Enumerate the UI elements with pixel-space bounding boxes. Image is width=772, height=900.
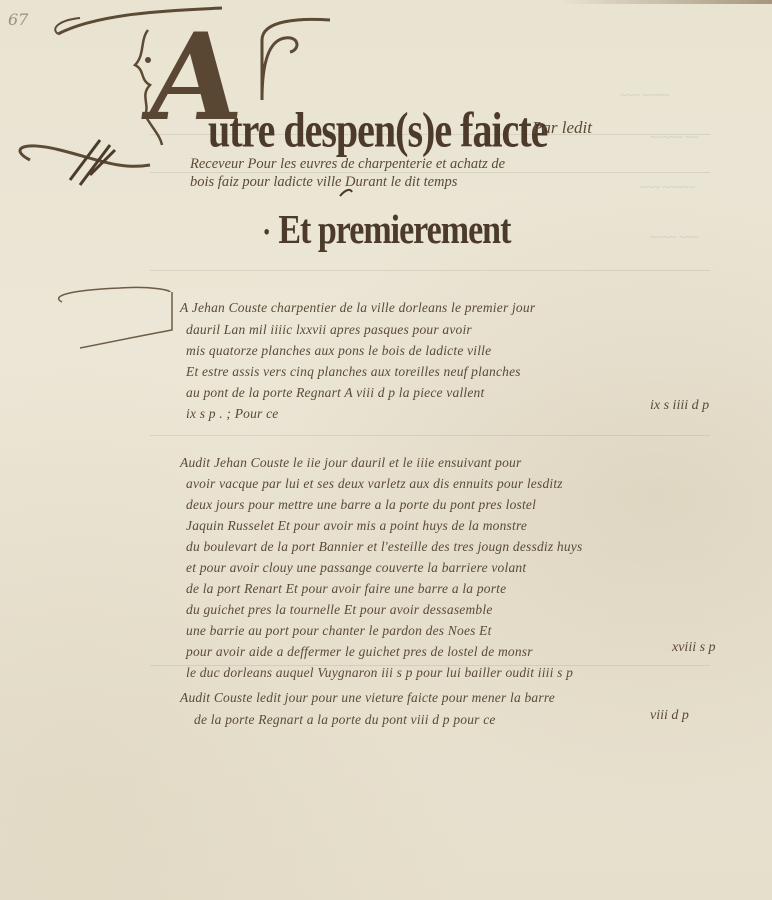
entry-line: pour avoir aide a deffermer le guichet p… [186, 644, 533, 660]
section-heading-text: Et premierement [278, 208, 510, 252]
heading-line: Receveur Pour les euvres de charpenterie… [190, 156, 505, 173]
entry-line: avoir vacque par lui et ses deux varletz… [186, 476, 563, 492]
entry-line: A Jehan Couste charpentier de la ville d… [180, 300, 535, 316]
entry-line: Audit Jehan Couste le iie jour dauril et… [180, 455, 521, 471]
entry-line: au pont de la porte Regnart A viii d p l… [186, 385, 484, 401]
entry-line: le duc dorleans auquel Vuygnaron iii s p… [186, 665, 573, 681]
entry-line: une barrie au port pour chanter le pardo… [186, 623, 492, 639]
entry-line: du boulevart de la port Bannier et l'est… [186, 539, 582, 555]
manuscript-page: ~~~ ~~~~ ~~~~~ ~~ ~~~ ~~~~~ ~~~~ ~~~ 67 … [0, 0, 772, 900]
rubric-title: utre despen(s)e faicte [208, 100, 547, 159]
entry-line: de la port Renart Et pour avoir faire un… [186, 581, 506, 597]
entry-line: du guichet pres la tournelle Et pour avo… [186, 602, 493, 618]
entry-line: et pour avoir clouy une passange couvert… [186, 560, 526, 576]
entry-line: Jaquin Russelet Et pour avoir mis a poin… [186, 518, 527, 534]
ruling-line [150, 435, 710, 436]
bullet-dot: · [262, 214, 270, 251]
section-heading: ·Et premierement [262, 208, 510, 254]
title-continuation: Par ledit [532, 118, 592, 138]
entry-line: Audit Couste ledit jour pour une vieture… [180, 690, 555, 706]
entry-amount: viii d p [650, 708, 689, 724]
heading-line: bois faiz pour ladicte ville Durant le d… [190, 174, 457, 191]
entry-amount: ix s iiii d p [650, 398, 709, 414]
entry-line: dauril Lan mil iiiic lxxvii apres pasque… [186, 322, 472, 338]
entry-line: de la porte Regnart a la porte du pont v… [194, 712, 496, 728]
entry-line: Et estre assis vers cinq planches aux to… [186, 364, 521, 380]
entry-line: mis quatorze planches aux pons le bois d… [186, 343, 491, 359]
entry-line: ix s p . ; Pour ce [186, 406, 278, 422]
entry-amount: xviii s p [672, 640, 716, 656]
entry-line: deux jours pour mettre une barre a la po… [186, 497, 536, 513]
